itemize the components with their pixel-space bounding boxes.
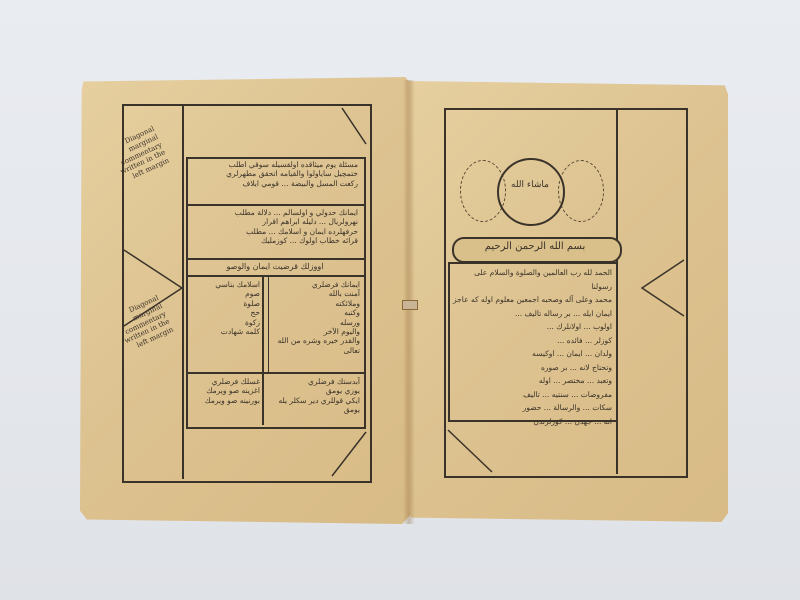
table-item: كلمه شهادت: [190, 327, 260, 336]
table-item: والقدر خيره وشره من الله تعالى: [270, 336, 360, 355]
text-line: سكات ... والرسالة ... حضور: [452, 401, 612, 415]
header-block: مسئلة يوم ميثاقده اولقسيله سوقي اطلب ختم…: [192, 160, 358, 188]
bismillah-text: بسم الله الرحمن الرحيم: [456, 241, 614, 254]
text-line: اولوب ... اولانلرك ...: [452, 320, 612, 334]
table-item: صلوة: [190, 299, 260, 308]
table-right-column: ايمانك فرضلري آمنت بالله وملائكته وكتبه …: [270, 280, 360, 355]
table-item: اغزينه صو ويرمك: [190, 386, 260, 395]
table-item: ورسله: [270, 318, 360, 327]
text-line: كوزلر ... فائده ...: [452, 334, 612, 348]
text-line: ايمان ايله ... بر رساله تاليف ...: [452, 307, 612, 321]
ablution-block: آبدستك فرضلري يوزي يومق ايكي قوللري دير …: [268, 377, 360, 415]
text-line: مفروضات ... سنتيه ... تاليف: [452, 388, 612, 402]
table-item: زكوة: [190, 318, 260, 327]
table-item: آمنت بالله: [270, 289, 360, 298]
text-line: ركعت المسل والبيضة ... قومي ايلاف: [192, 179, 358, 188]
text-line: الحمد لله رب العالمين والصلوة والسلام عل…: [452, 266, 612, 293]
text-line: ختمچيل ساياولوا والقيامه اتحقق مطهرلري: [192, 169, 358, 178]
calligraphy-medallion: [497, 158, 565, 226]
section-title: اووزلك قرضيت ايمان والوصو: [192, 262, 358, 272]
table-item: وملائكته: [270, 299, 360, 308]
text-line: محمد وعلى آله وصحبه اجمعين معلوم اوله كه…: [452, 293, 612, 307]
table-item: صوم: [190, 289, 260, 298]
column-rule: [268, 277, 269, 372]
divider: [186, 275, 364, 277]
table-item: وكتبه: [270, 308, 360, 317]
ghusl-block: غسلك فرضلري اغزينه صو ويرمك بورنينه صو و…: [190, 377, 260, 405]
text-line: ولدان ... ايمان ... اوكيسه: [452, 347, 612, 361]
column-header: ايمانك فرضلري: [270, 280, 360, 289]
text-line: وتحتاج لانه ... بر صوره: [452, 361, 612, 375]
corner-diagonal: [446, 428, 494, 474]
text-line: حرفهلرده ايمان و اسلامك ... مطلب: [192, 227, 358, 236]
corner-diagonal: [330, 430, 368, 478]
binding-stitch: [402, 300, 418, 310]
text-line: قرائه خطاب اولوك ... كوزمليك: [192, 236, 358, 245]
column-header: اسلامك بناسي: [190, 280, 260, 289]
table-item: ايكي قوللري دير سكلر يله يومق: [268, 396, 360, 415]
margin-triangle-ornament: [640, 258, 686, 318]
corner-diagonal: [340, 106, 368, 146]
table-item: يوزي يومق: [268, 386, 360, 395]
divider: [186, 372, 364, 374]
text-line: ايمانك حدولي و اولسالم ... دلالة مطلب: [192, 208, 358, 217]
text-line: نهرولريال ... دليله ابراهم اقرار: [192, 217, 358, 226]
table-left-column: اسلامك بناسي صوم صلوة حج زكوة كلمه شهادت: [190, 280, 260, 336]
medallion-text: ماشاء الله: [500, 180, 560, 191]
text-line: وتعبد ... مختصر ... اوله: [452, 374, 612, 388]
table-item: حج: [190, 308, 260, 317]
text-line: انه ... جهدن ... كوزلرندن: [452, 415, 612, 429]
column-rule: [262, 277, 264, 425]
table-item: واليوم الآخر: [270, 327, 360, 336]
text-line: مسئلة يوم ميثاقده اولقسيله سوقي اطلب: [192, 160, 358, 169]
table-item: بورنينه صو ويرمك: [190, 396, 260, 405]
middle-block: ايمانك حدولي و اولسالم ... دلالة مطلب نه…: [192, 208, 358, 246]
column-header: غسلك فرضلري: [190, 377, 260, 386]
divider: [186, 258, 364, 260]
divider: [186, 204, 364, 206]
open-book-photo: Diagonal marginal commentary written in …: [0, 0, 800, 600]
body-text: الحمد لله رب العالمين والصلوة والسلام عل…: [452, 266, 612, 428]
column-header: آبدستك فرضلري: [268, 377, 360, 386]
